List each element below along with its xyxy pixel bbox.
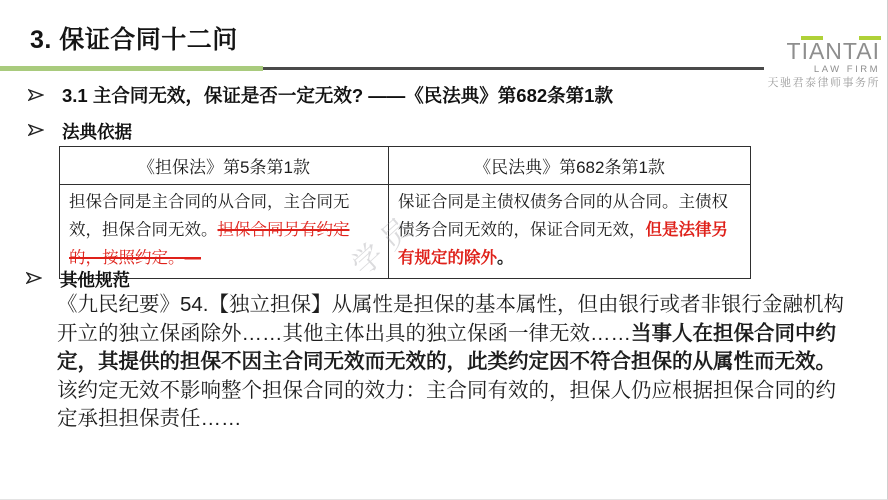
logo-green-accent-left [801,36,823,40]
logo-wordmark-text: TIANTAI [787,38,880,64]
cell-guarantee-law: 担保合同是主合同的从合同，主合同无效，担保合同无效。担保合同另有约定的，按照约定… [60,185,389,279]
logo-chinese-name: 天驰君泰律师事务所 [758,78,880,89]
presentation-slide: 3. 保证合同十二问 TIANTAI LAW FIRM 天驰君泰律师事务所 3.… [0,0,888,500]
logo-wordmark: TIANTAI [787,36,880,63]
tiantai-law-firm-logo: TIANTAI LAW FIRM 天驰君泰律师事务所 [758,36,880,89]
table-header-row: 《担保法》第5条第1款 《民法典》第682条第1款 [60,147,751,185]
section-heading-legal-basis: 法典依据 [62,119,132,144]
logo-law-firm-text: LAW FIRM [758,65,880,75]
legal-basis-table: 《担保法》第5条第1款 《民法典》第682条第1款 担保合同是主合同的从合同，主… [59,146,751,279]
cell-civil-code: 保证合同是主债权债务合同的从合同。主债权债务合同无效的，保证合同无效，但是法律另… [389,185,751,279]
section-heading-other-norms: 其他规范 [60,267,130,292]
page-title: 3. 保证合同十二问 [30,20,238,56]
table-body-row: 担保合同是主合同的从合同，主合同无效，担保合同无效。担保合同另有约定的，按照约定… [60,185,751,279]
arrow-bullet-icon [26,271,42,285]
slide-subtitle: 3.1 主合同无效，保证是否一定无效? ——《民法典》第682条第1款 [62,82,613,108]
arrow-bullet-icon [28,88,44,102]
paragraph-part3: 该约定无效不影响整个担保合同的效力：主合同有效的，担保人仍应根据担保合同的约定承… [57,379,836,431]
logo-green-accent-right [859,36,881,40]
arrow-bullet-icon [28,123,44,137]
civil-code-tail: 。 [497,249,514,267]
title-divider-green-segment [0,66,263,71]
header-civil-code: 《民法典》第682条第1款 [389,147,751,185]
title-divider-dark-segment [263,67,764,70]
other-norms-paragraph: 《九民纪要》54.【独立担保】从属性是担保的基本属性，但由银行或者非银行金融机构… [57,291,852,434]
header-guarantee-law: 《担保法》第5条第1款 [60,147,389,185]
